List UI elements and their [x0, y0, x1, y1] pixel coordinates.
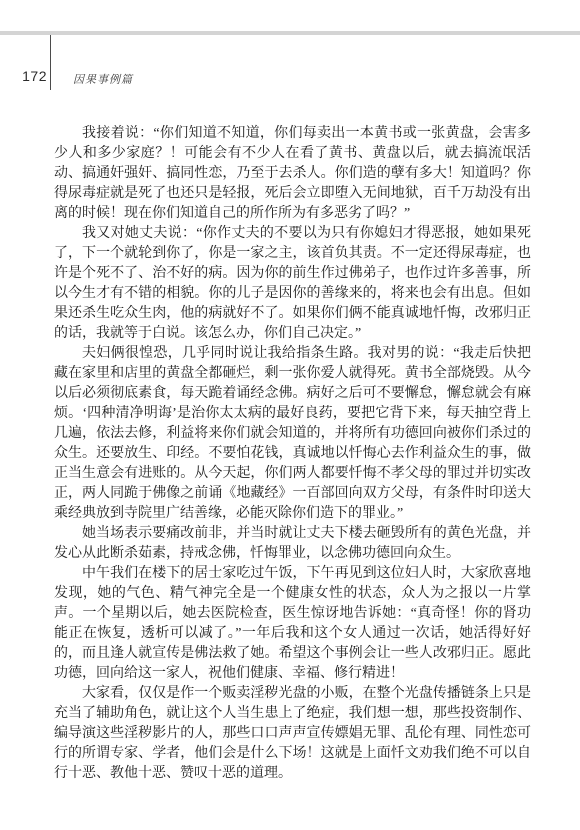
page-top-rule [0, 31, 580, 35]
book-page: 172 因果事例篇 我接着说：“你们知道不知道，你们每卖出一本黄书或一张黄盘，会… [0, 0, 580, 830]
body-text: 我接着说：“你们知道不知道，你们每卖出一本黄书或一张黄盘，会害多少人和多少家庭？… [54, 124, 531, 784]
paragraph: 我又对她丈夫说：“你作丈夫的不要以为只有你媳妇才得恶报，她如果死了，下一个就轮到… [54, 224, 531, 344]
header-divider [50, 35, 51, 90]
paragraph: 我接着说：“你们知道不知道，你们每卖出一本黄书或一张黄盘，会害多少人和多少家庭？… [54, 124, 531, 224]
paragraph: 夫妇俩很惶恐，几乎同时说让我给指条生路。我对男的说：“我走后快把藏在家里和店里的… [54, 344, 531, 524]
paragraph: 大家看，仅仅是作一个贩卖淫秽光盘的小贩，在整个光盘传播链条上只是充当了辅助角色，… [54, 684, 531, 784]
paragraph: 她当场表示要痛改前非，并当时就让丈夫下楼去砸毁所有的黄色光盘，并发心从此断杀茹素… [54, 524, 531, 564]
paragraph: 中午我们在楼下的居士家吃过午饭，下午再见到这位妇人时，大家欣喜地发现，她的气色、… [54, 564, 531, 684]
page-number: 172 [21, 68, 47, 84]
running-header-chapter-title: 因果事例篇 [73, 71, 133, 87]
